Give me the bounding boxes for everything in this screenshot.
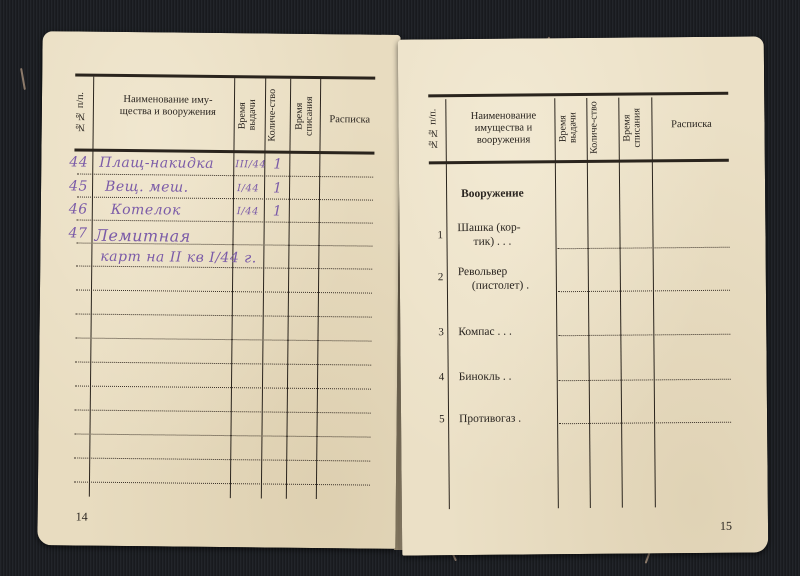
item-number: 5 <box>439 413 445 425</box>
entry-quantity: 1 <box>273 204 283 220</box>
item-number: 3 <box>438 326 444 338</box>
table-row-line <box>75 385 371 389</box>
item-name-continued: (пистолет) . <box>472 278 529 292</box>
section-title: Вооружение <box>461 187 524 202</box>
col-header-quantity: Количе-ство <box>589 100 613 156</box>
table-row-line <box>77 197 373 201</box>
col-header-issue-time: Время выдачи <box>558 100 582 156</box>
col-header-quantity: Количе-ство <box>268 86 293 146</box>
table-row-line <box>74 481 370 485</box>
header-bottom-rule <box>74 148 374 154</box>
entry-name: Котелок <box>111 202 181 219</box>
entry-number: 47 <box>69 225 88 241</box>
table-row-line <box>76 314 372 318</box>
col-header-writeoff-time: Время списания <box>295 86 320 146</box>
right-page: №№ п/п. Наименование имущества и вооруже… <box>398 36 768 555</box>
table-row-line <box>76 266 372 270</box>
header-top-rule <box>428 92 728 98</box>
table-row-line <box>75 337 371 341</box>
entry-number: 46 <box>69 201 88 217</box>
entry-quantity: 1 <box>273 157 283 173</box>
item-number: 2 <box>438 271 444 283</box>
col-header-name: Наименование имущества и вооружения <box>448 110 558 147</box>
col-header-receipt: Расписка <box>324 114 376 127</box>
entry-name: Плащ-накидка <box>99 155 214 172</box>
page-number: 15 <box>720 519 732 534</box>
item-row-line <box>558 290 730 293</box>
entry-issue-time: I/44 <box>237 206 259 217</box>
item-name: Бинокль . . <box>459 370 512 384</box>
left-page: №№ п/п. Наименование иму- щества и воору… <box>37 31 400 549</box>
binding-thread <box>20 68 26 90</box>
page-number: 14 <box>76 510 88 525</box>
table-row-line <box>77 220 373 224</box>
header-top-rule <box>75 73 375 79</box>
table-row-line <box>76 290 372 294</box>
item-number: 1 <box>437 229 443 241</box>
entry-issue-time: I/44 <box>237 183 259 194</box>
item-row-line <box>559 422 731 425</box>
table-row-line <box>77 174 373 178</box>
entry-issue-time: III/44 <box>235 159 266 170</box>
item-row-line <box>558 334 730 337</box>
col-header-name: Наименование иму- щества и вооружения <box>98 94 238 119</box>
table-row-line <box>74 433 370 437</box>
entry-name-continued: карт на II кв I/44 г. <box>100 249 257 267</box>
item-row-line <box>559 379 731 382</box>
col-header-writeoff-time: Время списания <box>622 99 646 155</box>
item-name: Противогаз . <box>459 412 521 427</box>
col-header-number: №№ п/п. <box>76 81 91 143</box>
col-header-number: №№ п/п. <box>428 101 444 157</box>
col-header-issue-time: Время выдачи <box>238 85 263 145</box>
item-name: Револьвер <box>458 265 508 279</box>
table-row-line <box>75 409 371 413</box>
table-row-line <box>74 457 370 461</box>
entry-name: Вещ. меш. <box>105 179 189 196</box>
item-name-continued: тик) . . . <box>473 235 511 249</box>
item-number: 4 <box>439 371 445 383</box>
entry-number: 44 <box>69 154 88 170</box>
col-header-receipt: Расписка <box>654 119 728 132</box>
item-name: Компас . . . <box>458 325 512 339</box>
item-row-line <box>558 247 730 250</box>
entry-quantity: 1 <box>273 181 283 197</box>
table-row-line <box>75 361 371 365</box>
entry-name: Лемитная <box>94 226 190 246</box>
header-bottom-rule <box>429 159 729 165</box>
entry-number: 45 <box>69 178 88 194</box>
item-name: Шашка (кор- <box>457 221 520 236</box>
